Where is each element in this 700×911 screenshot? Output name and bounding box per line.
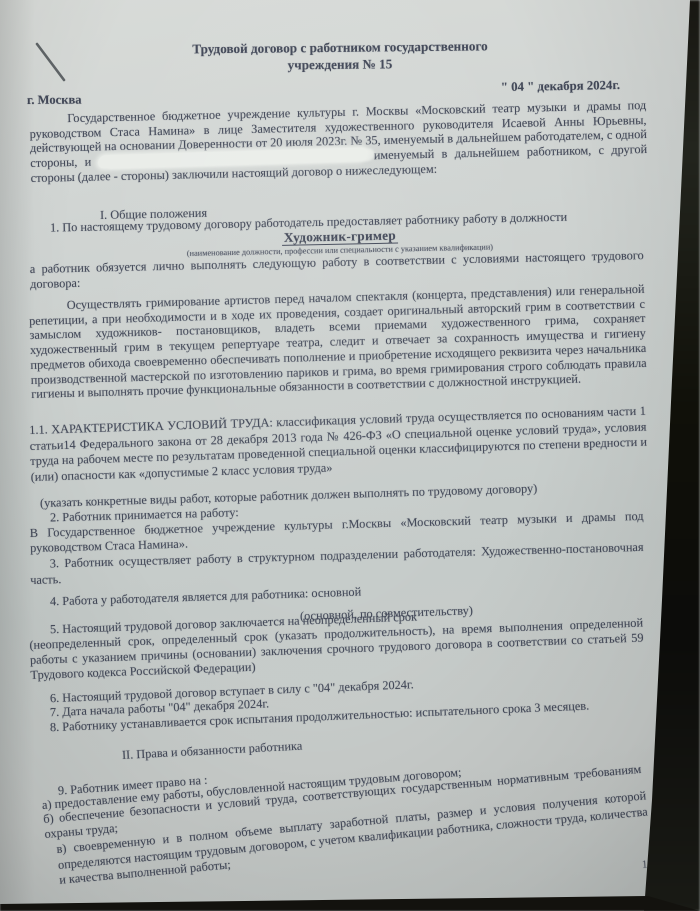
position-title-text: Художник-гример [282, 228, 398, 246]
duties-paragraph: Осуществлять гримирование артистов перед… [29, 282, 648, 402]
document-photo: Трудовой договор с работником государств… [0, 0, 700, 911]
contract-city: г. Москва [27, 93, 82, 108]
intro-paragraph: Государственное бюджетное учреждение кул… [29, 98, 648, 185]
